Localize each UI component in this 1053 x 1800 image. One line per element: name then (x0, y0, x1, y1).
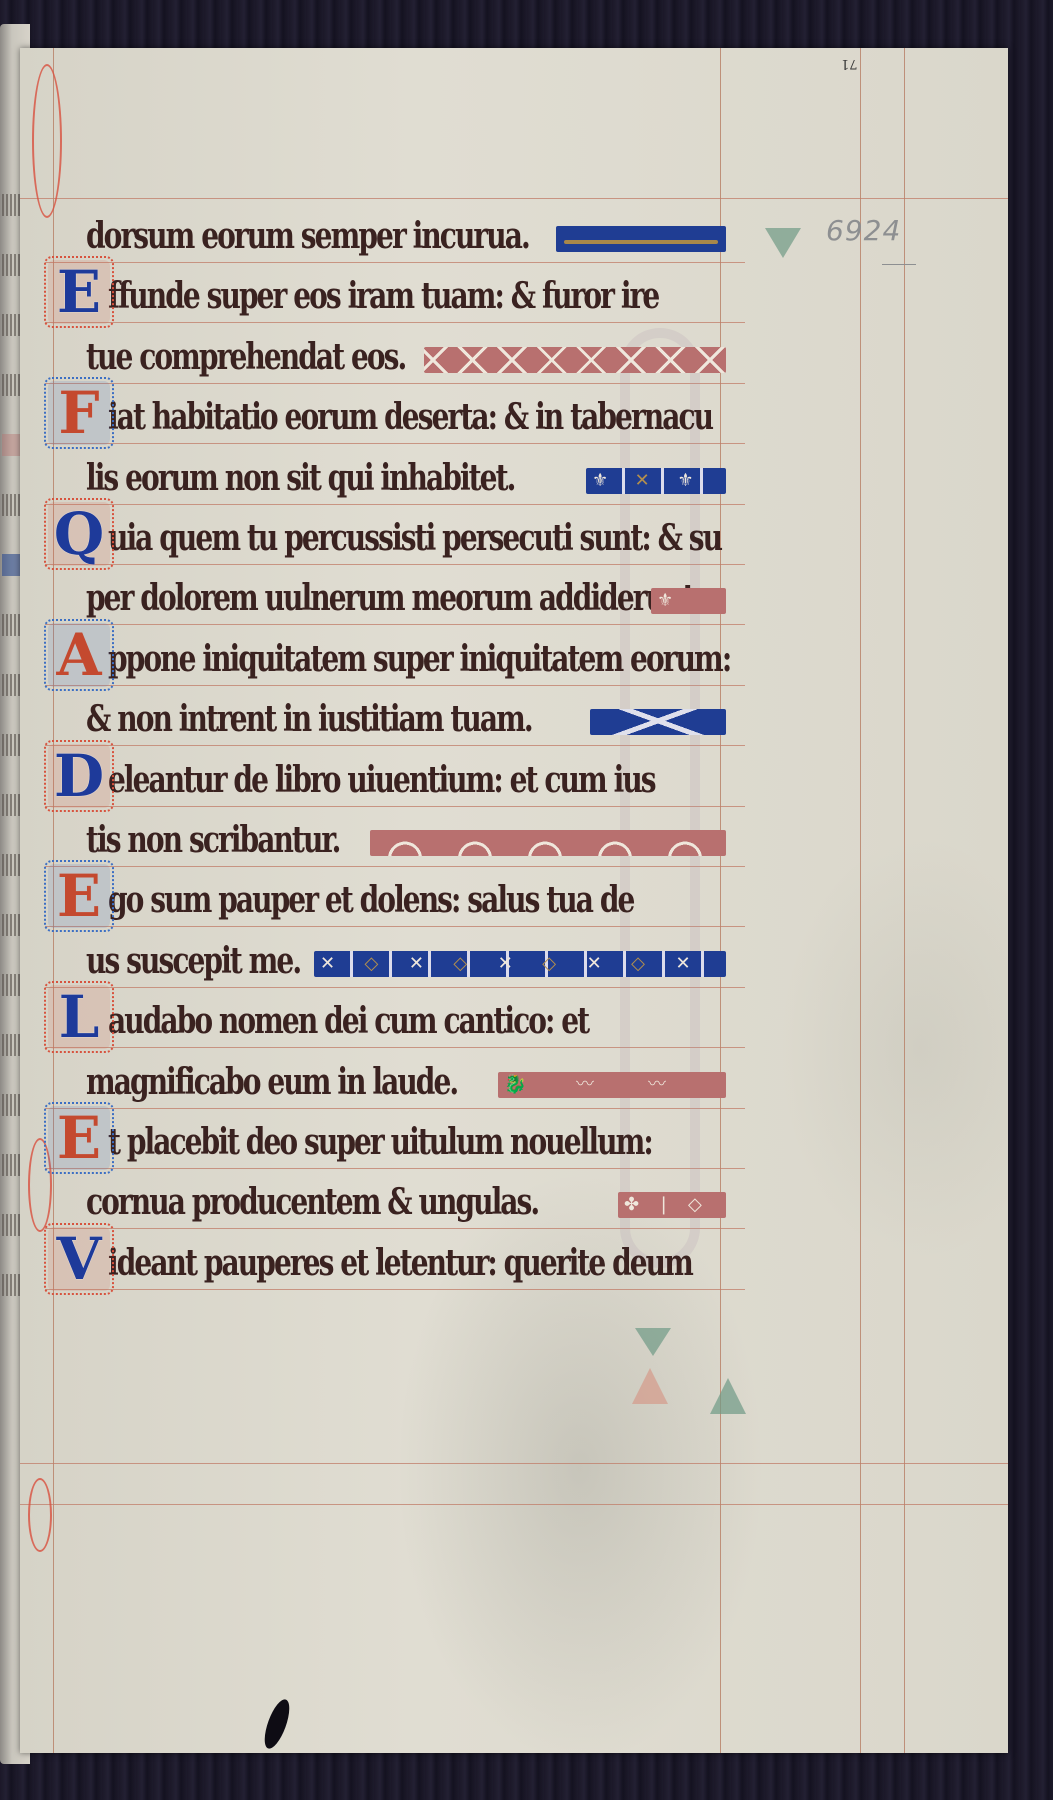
filler-motif-icon: ❘ (656, 1192, 671, 1218)
filler-motif-icon: ◇ (688, 1192, 702, 1218)
marginal-flourish (32, 64, 62, 218)
line-filler (590, 709, 726, 735)
line-filler: 🐉〰〰 (498, 1072, 726, 1098)
filler-motif-icon: 〰 (648, 1072, 666, 1098)
manuscript-text-line: magnificabo eum in laude. (86, 1052, 457, 1112)
filler-motif-icon: ✕ (409, 951, 424, 977)
initial-letter: L (59, 983, 100, 1051)
line-filler: ✕◇✕◇✕◇✕◇✕ (314, 951, 726, 977)
manuscript-text-line: & non intrent in iustitiam tuam. (86, 689, 532, 749)
ruling-line (904, 48, 905, 1753)
leaf-sprig-icon (710, 1378, 746, 1414)
leaf-sprig-icon (635, 1328, 671, 1356)
ruling-line (20, 1504, 1008, 1505)
filler-motif-icon: ✕ (320, 951, 335, 977)
initial-letter: D (54, 742, 104, 810)
filler-motif-icon: ◇ (364, 951, 378, 977)
ruling-line (720, 48, 721, 1753)
manuscript-text-line: iat habitatio eorum deserta: & in tabern… (108, 387, 712, 447)
parchment-hole (260, 1696, 295, 1751)
manuscript-text-line: go sum pauper et dolens: salus tua de (108, 870, 633, 930)
ruling-line (20, 1463, 1008, 1464)
illuminated-initial: F (48, 381, 110, 445)
filler-motif-icon: ⚜ (677, 468, 693, 494)
line-filler: ⚜✕⚜ (586, 468, 726, 494)
manuscript-text-line: tue comprehendat eos. (86, 327, 405, 387)
manuscript-text-line: t placebit deo super uitulum nouellum: (108, 1112, 652, 1172)
illuminated-initial: E (48, 864, 110, 928)
manuscript-text-line: ideant pauperes et letentur: querite deu… (108, 1233, 692, 1293)
illuminated-initial: A (48, 623, 110, 687)
manuscript-text-line: tis non scribantur. (86, 810, 340, 870)
illuminated-initial: D (48, 744, 110, 808)
filler-motif-icon: ◇ (631, 951, 645, 977)
manuscript-text-line: us suscepit me. (86, 931, 300, 991)
line-filler: ⚜ (651, 588, 726, 614)
manuscript-text-line: ffunde super eos iram tuam: & furor ire (108, 266, 658, 326)
initial-letter: Q (54, 500, 105, 568)
initial-letter: E (57, 862, 101, 930)
ruling-line (20, 198, 1008, 199)
illuminated-initial: V (48, 1227, 110, 1291)
manuscript-page: 71 6924 dorsum eorum semper incurua.ffun… (20, 48, 1008, 1753)
filler-motif-icon: ◇ (453, 951, 467, 977)
line-filler: ✤❘◇ (618, 1192, 726, 1218)
initial-letter: V (56, 1225, 101, 1293)
manuscript-text-line: ppone iniquitatem super iniquitatem eoru… (108, 629, 730, 689)
filler-motif-icon: 🐉 (504, 1072, 526, 1098)
marginal-flourish (28, 1478, 52, 1552)
initial-letter: F (58, 379, 99, 447)
illuminated-initial: E (48, 260, 110, 324)
line-filler (370, 830, 726, 856)
leaf-sprig-icon (765, 228, 801, 258)
manuscript-text-line: uia quem tu percussisti persecuti sunt: … (108, 508, 721, 568)
manuscript-text-line: per dolorem uulnerum meorum addiderunt. (86, 568, 701, 628)
illuminated-initial: E (48, 1106, 110, 1170)
folio-number: 71 (841, 56, 858, 71)
line-filler (424, 347, 726, 373)
filler-motif-icon: ◇ (542, 951, 556, 977)
pencil-dash (882, 264, 916, 265)
line-filler (556, 226, 726, 252)
ruling-line (860, 48, 861, 1753)
filler-motif-icon: 〰 (576, 1072, 594, 1098)
manuscript-text-line: dorsum eorum semper incurua. (86, 206, 529, 266)
illuminated-initial: L (48, 985, 110, 1049)
manuscript-text-line: lis eorum non sit qui inhabitet. (86, 448, 514, 508)
manuscript-text-line: cornua producentem & ungulas. (86, 1172, 538, 1232)
leaf-sprig-icon (632, 1368, 668, 1404)
filler-motif-icon: ⚜ (657, 588, 673, 614)
filler-motif-icon: ✕ (498, 951, 513, 977)
pencil-shelfmark: 6924 (826, 214, 901, 247)
filler-motif-icon: ✕ (676, 951, 691, 977)
filler-motif-icon: ✕ (587, 951, 602, 977)
filler-motif-icon: ✕ (635, 468, 650, 494)
illuminated-initial: Q (48, 502, 110, 566)
manuscript-text-line: audabo nomen dei cum cantico: et (108, 991, 588, 1051)
initial-letter: A (56, 621, 101, 689)
filler-motif-icon: ⚜ (592, 468, 608, 494)
initial-letter: E (57, 258, 101, 326)
manuscript-text-line: eleantur de libro uiuentium: et cum ius (108, 750, 655, 810)
initial-letter: E (57, 1104, 101, 1172)
filler-motif-icon: ✤ (624, 1192, 639, 1218)
